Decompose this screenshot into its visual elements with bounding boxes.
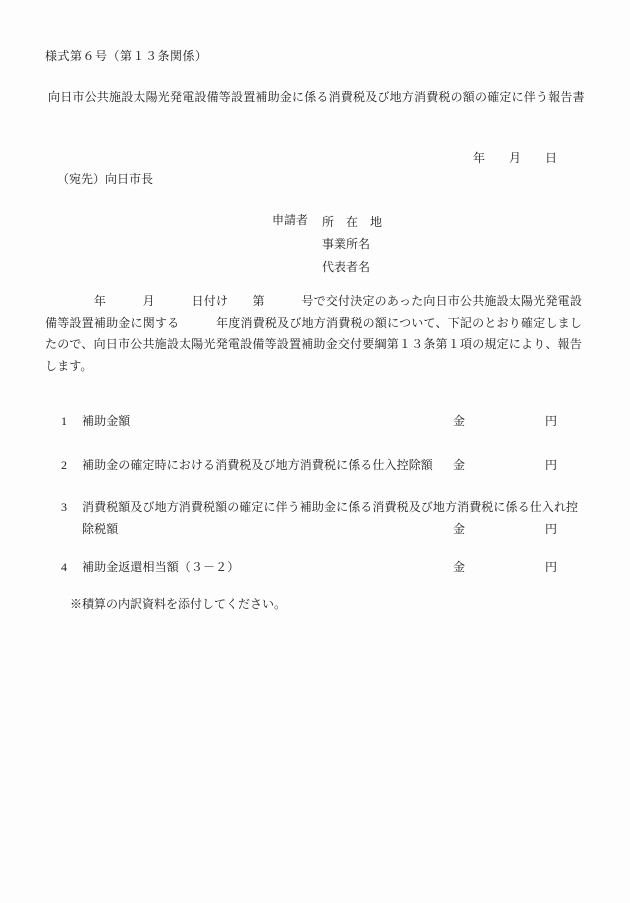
form-number: 様式第６号（第１３条関係）: [45, 47, 208, 65]
body-paragraph: 年 月 日付け 第 号で交付決定のあった向日市公共施設太陽光発電設備等設置補助金…: [45, 291, 582, 377]
item-3-currency-suffix: 円: [545, 518, 557, 540]
date-line: 年 月 日: [473, 149, 557, 167]
item-3-currency-prefix: 金: [453, 518, 465, 540]
item-2-number: 2: [61, 454, 67, 476]
applicant-fields: 所 在 地 事業所名 代表者名: [322, 211, 382, 278]
applicant-label: 申請者: [272, 211, 308, 229]
item-3-label: 消費税額及び地方消費税額の確定に伴う補助金に係る消費税及び地方消費税に係る仕入れ…: [82, 496, 586, 540]
applicant-address-label: 所 在 地: [322, 211, 382, 233]
item-4-label: 補助金返還相当額（３－２）: [82, 556, 586, 578]
applicant-representative-label: 代表者名: [322, 256, 382, 278]
item-1-number: 1: [61, 410, 67, 432]
item-1-currency-prefix: 金: [453, 410, 465, 432]
item-2-label: 補助金の確定時における消費税及び地方消費税に係る仕入控除額: [82, 454, 586, 476]
list-item-3: 3 消費税額及び地方消費税額の確定に伴う補助金に係る消費税及び地方消費税に係る仕…: [45, 496, 585, 540]
item-2-currency-prefix: 金: [453, 454, 465, 476]
page-title: 向日市公共施設太陽光発電設備等設置補助金に係る消費税及び地方消費税の額の確定に伴…: [48, 88, 585, 106]
item-2-currency-suffix: 円: [545, 454, 557, 476]
item-4-currency-prefix: 金: [453, 556, 465, 578]
report-form-page: 様式第６号（第１３条関係） 向日市公共施設太陽光発電設備等設置補助金に係る消費税…: [0, 0, 630, 903]
item-4-number: 4: [61, 556, 67, 578]
attachment-note: ※積算の内訳資料を添付してください。: [70, 595, 286, 613]
addressee: （宛先）向日市長: [57, 170, 153, 188]
item-4-currency-suffix: 円: [545, 556, 557, 578]
list-item-4: 4 補助金返還相当額（３－２） 金 円: [45, 556, 585, 578]
list-item-2: 2 補助金の確定時における消費税及び地方消費税に係る仕入控除額 金 円: [45, 454, 585, 476]
item-1-currency-suffix: 円: [545, 410, 557, 432]
item-1-label: 補助金額: [82, 410, 586, 432]
applicant-office-label: 事業所名: [322, 233, 382, 255]
item-3-number: 3: [61, 496, 67, 518]
list-item-1: 1 補助金額 金 円: [45, 410, 585, 432]
